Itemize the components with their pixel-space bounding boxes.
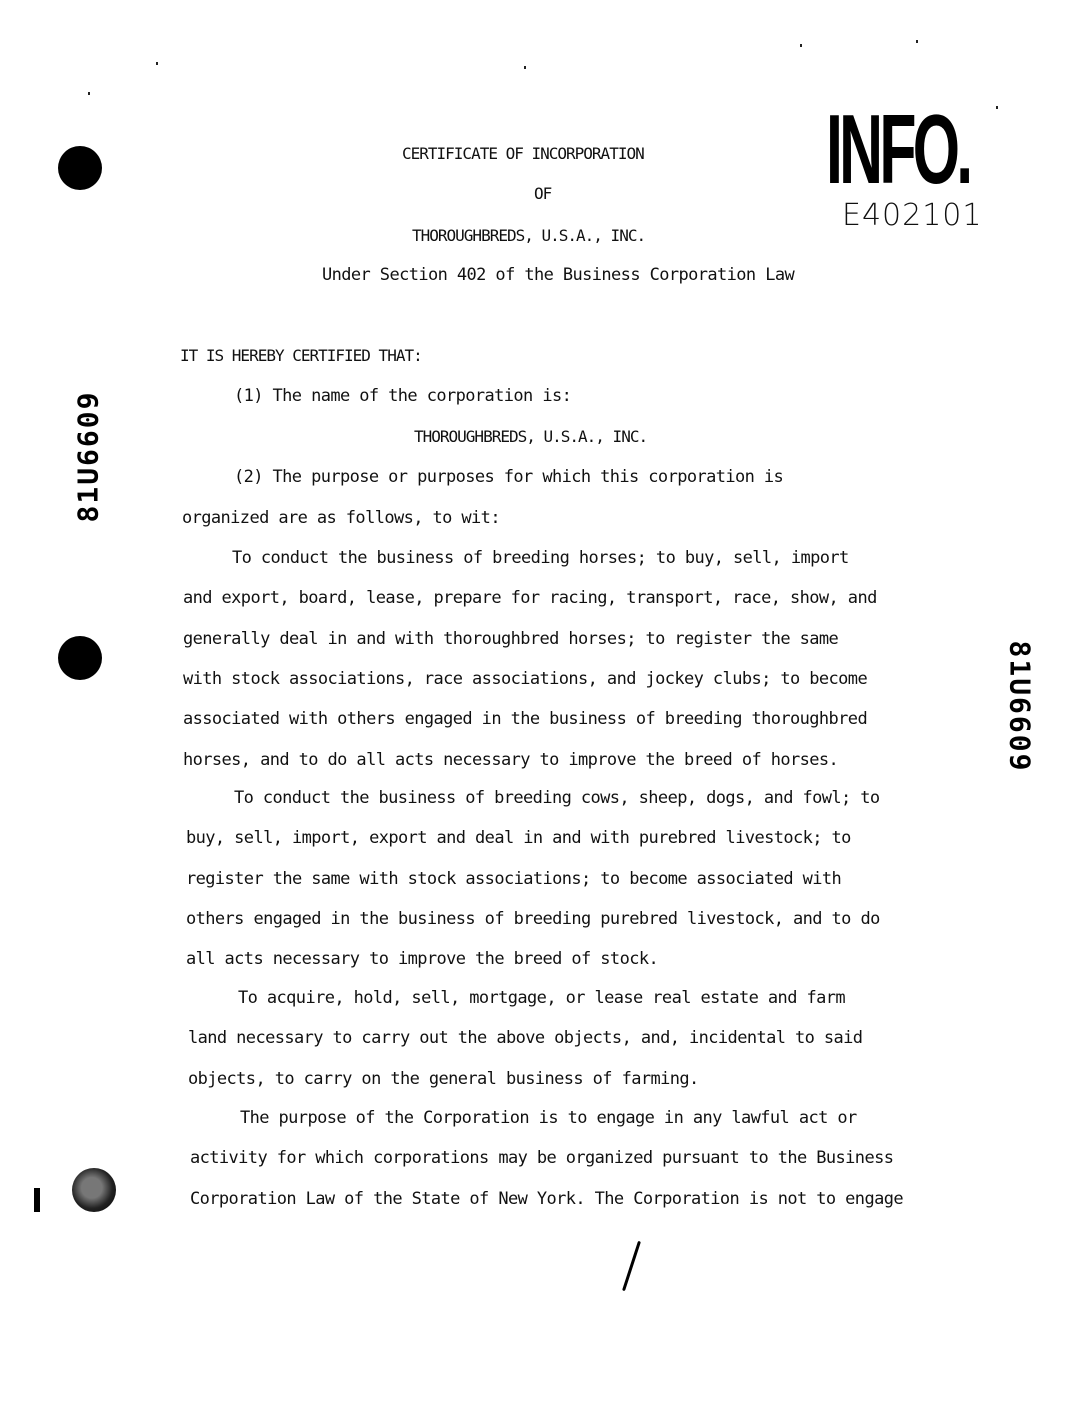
paragraph-2-line: buy, sell, import, export and deal in an… (186, 828, 851, 848)
title-line-1: CERTIFICATE OF INCORPORATION (402, 144, 644, 163)
paragraph-4-line: Corporation Law of the State of New York… (190, 1189, 903, 1209)
paragraph-4-line: activity for which corporations may be o… (190, 1148, 893, 1168)
scan-speck (996, 106, 998, 109)
item-1: (1) The name of the corporation is: (234, 386, 571, 406)
paragraph-4-line: The purpose of the Corporation is to eng… (240, 1108, 857, 1128)
side-code-right: 81U6609 (1004, 637, 1037, 777)
paragraph-1-line: associated with others engaged in the bu… (183, 709, 867, 729)
item-2-line-2: organized are as follows, to wit: (182, 508, 500, 528)
paragraph-2-line: To conduct the business of breeding cows… (234, 788, 880, 808)
paragraph-1-line: generally deal in and with thoroughbred … (183, 629, 838, 649)
document-page: INFO. E402101 81U6609 81U6609 CERTIFICAT… (0, 0, 1088, 1408)
punch-hole-bottom (72, 1168, 116, 1212)
margin-mark (34, 1188, 40, 1212)
intro-line: IT IS HEREBY CERTIFIED THAT: (180, 346, 422, 365)
subtitle: Under Section 402 of the Business Corpor… (322, 265, 794, 285)
scan-speck (916, 40, 918, 43)
scan-speck (156, 62, 158, 65)
title-line-3: THOROUGHBREDS, U.S.A., INC. (412, 226, 645, 245)
paragraph-2-line: register the same with stock association… (186, 869, 841, 889)
paragraph-1-line: and export, board, lease, prepare for ra… (183, 588, 877, 608)
paragraph-3-line: To acquire, hold, sell, mortgage, or lea… (238, 988, 845, 1008)
punch-hole-top (58, 146, 102, 190)
scan-speck (524, 66, 526, 69)
punch-hole-middle (58, 636, 102, 680)
paragraph-1-line: To conduct the business of breeding hors… (232, 548, 849, 568)
handwritten-slash (622, 1241, 641, 1291)
corporation-name: THOROUGHBREDS, U.S.A., INC. (414, 427, 647, 446)
side-code-left: 81U6609 (72, 387, 105, 527)
paragraph-3-line: objects, to carry on the general busines… (188, 1069, 699, 1089)
info-stamp: INFO. (826, 100, 969, 198)
paragraph-2-line: others engaged in the business of breedi… (186, 909, 880, 929)
paragraph-1-line: horses, and to do all acts necessary to … (183, 750, 838, 770)
paragraph-2-line: all acts necessary to improve the breed … (186, 949, 658, 969)
handwritten-code: E402101 (842, 198, 982, 233)
scan-speck (800, 44, 802, 47)
paragraph-3-line: land necessary to carry out the above ob… (188, 1028, 862, 1048)
scan-speck (88, 92, 90, 95)
title-line-2: OF (534, 184, 551, 203)
paragraph-1-line: with stock associations, race associatio… (183, 669, 867, 689)
item-2-line-1: (2) The purpose or purposes for which th… (234, 467, 783, 487)
